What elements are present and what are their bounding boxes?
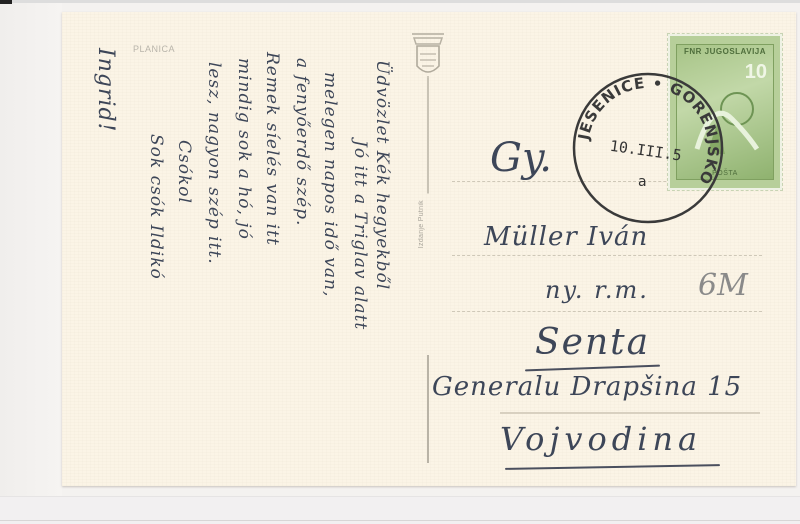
address-salutation: Gy.: [490, 135, 552, 181]
message-line: Sok csók Ildikó: [146, 134, 166, 280]
message-line: a fenyőerdő szép.: [292, 58, 312, 226]
message-line: Jó itt a Triglav alatt: [350, 140, 370, 330]
scan-corner-mark: [0, 0, 12, 4]
svg-text:a: a: [638, 174, 647, 190]
message-line: Csókol: [174, 140, 194, 204]
svg-text:10.III.5: 10.III.5: [609, 137, 683, 165]
center-divider: [427, 78, 429, 463]
postmark-icon: JESENICE • GORENJSKO 10.III.5 a: [568, 68, 728, 228]
scan-margin-left: [0, 0, 62, 524]
pencil-note: 6M: [698, 268, 748, 303]
address-line: [452, 255, 762, 256]
address-line: [500, 412, 760, 414]
address-region: Vojvodina: [500, 420, 702, 458]
place-label: PLANICA: [133, 44, 175, 54]
address-city: Senta: [535, 322, 650, 363]
scan-top-edge: [12, 0, 800, 3]
svg-text:JESENICE • GORENJSKO: JESENICE • GORENJSKO: [574, 74, 722, 188]
address-line: [452, 311, 762, 312]
message-line: lesz, nagyon szép itt.: [204, 62, 224, 265]
address-street: Generalu Drapšina 15: [432, 372, 742, 402]
stamp-country: FNR JUGOSLAVIJA: [679, 47, 771, 56]
message-side-note: Ingrid!: [93, 48, 118, 132]
message-line: melegen napos idő van,: [320, 72, 340, 297]
scan-margin-bottom: [0, 496, 800, 524]
address-name: Müller Iván: [484, 222, 648, 252]
address-title: ny. r.m.: [545, 276, 649, 304]
publisher-imprint: Izdanje Putnik: [418, 200, 425, 248]
message-line: Üdvözlet Kék hegyekből: [372, 60, 392, 290]
scan-bottom-edge: [0, 520, 800, 521]
message-line: Remek síelés van itt: [262, 52, 282, 246]
message-line: mindig sok a hó, jó: [234, 58, 254, 240]
